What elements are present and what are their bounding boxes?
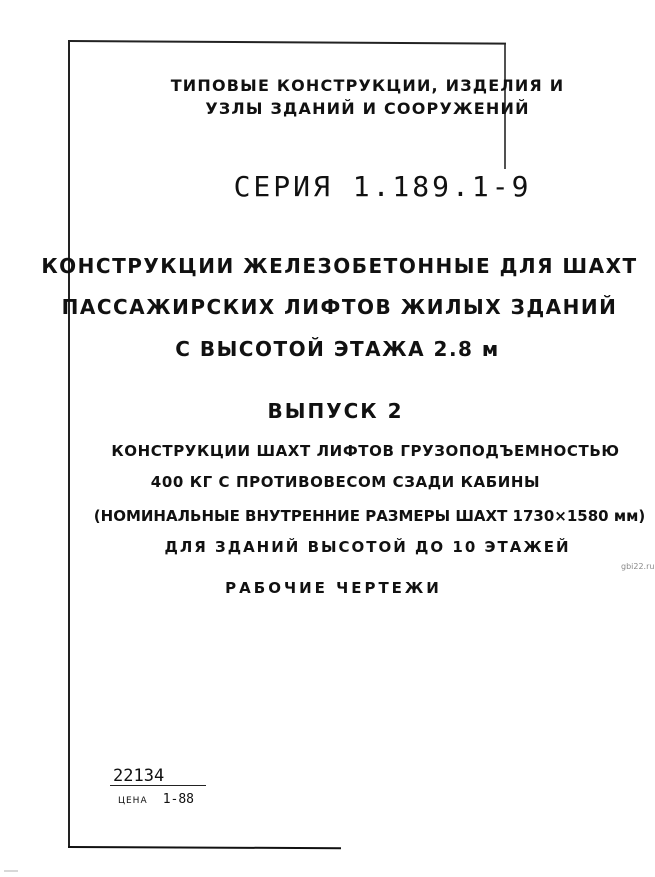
watermark: gbi22.ru [621, 562, 654, 571]
price-label: ЦЕНА [118, 796, 148, 806]
price-row: ЦЕНА 1-88 [110, 788, 205, 807]
title-line-3: С ВЫСОТОЙ ЭТАЖА 2.8 м [10, 337, 655, 361]
header-line-2: УЗЛЫ ЗДАНИЙ И СООРУЖЕНИЙ [40, 99, 655, 118]
frame-border-top [69, 40, 506, 45]
scan-speck [4, 870, 18, 872]
title-line-1: КОНСТРУКЦИИ ЖЕЛЕЗОБЕТОННЫЕ ДЛЯ ШАХТ [12, 254, 655, 278]
description-line-1: КОНСТРУКЦИИ ШАХТ ЛИФТОВ ГРУЗОПОДЪЕМНОСТЬ… [38, 442, 655, 460]
price-value: 1-88 [163, 792, 194, 807]
code-price-block: 22134 ЦЕНА 1-88 [110, 767, 205, 807]
description-line-3: (НОМИНАЛЬНЫЕ ВНУТРЕННИЕ РАЗМЕРЫ ШАХТ 173… [42, 507, 655, 525]
working-drawings-label: РАБОЧИЕ ЧЕРТЕЖИ [6, 579, 655, 597]
description-line-4: ДЛЯ ЗДАНИЙ ВЫСОТОЙ ДО 10 ЭТАЖЕЙ [40, 538, 655, 556]
issue-number: ВЫПУСК 2 [8, 399, 655, 423]
series-number: СЕРИЯ 1.189.1-9 [55, 170, 655, 203]
header-line-1: ТИПОВЫЕ КОНСТРУКЦИИ, ИЗДЕЛИЯ И [40, 76, 655, 95]
description-line-2: 400 КГ С ПРОТИВОВЕСОМ СЗАДИ КАБИНЫ [18, 473, 655, 491]
code-number: 22134 [110, 767, 206, 786]
title-line-2: ПАССАЖИРСКИХ ЛИФТОВ ЖИЛЫХ ЗДАНИЙ [12, 295, 655, 319]
frame-border-bottom [68, 846, 341, 849]
